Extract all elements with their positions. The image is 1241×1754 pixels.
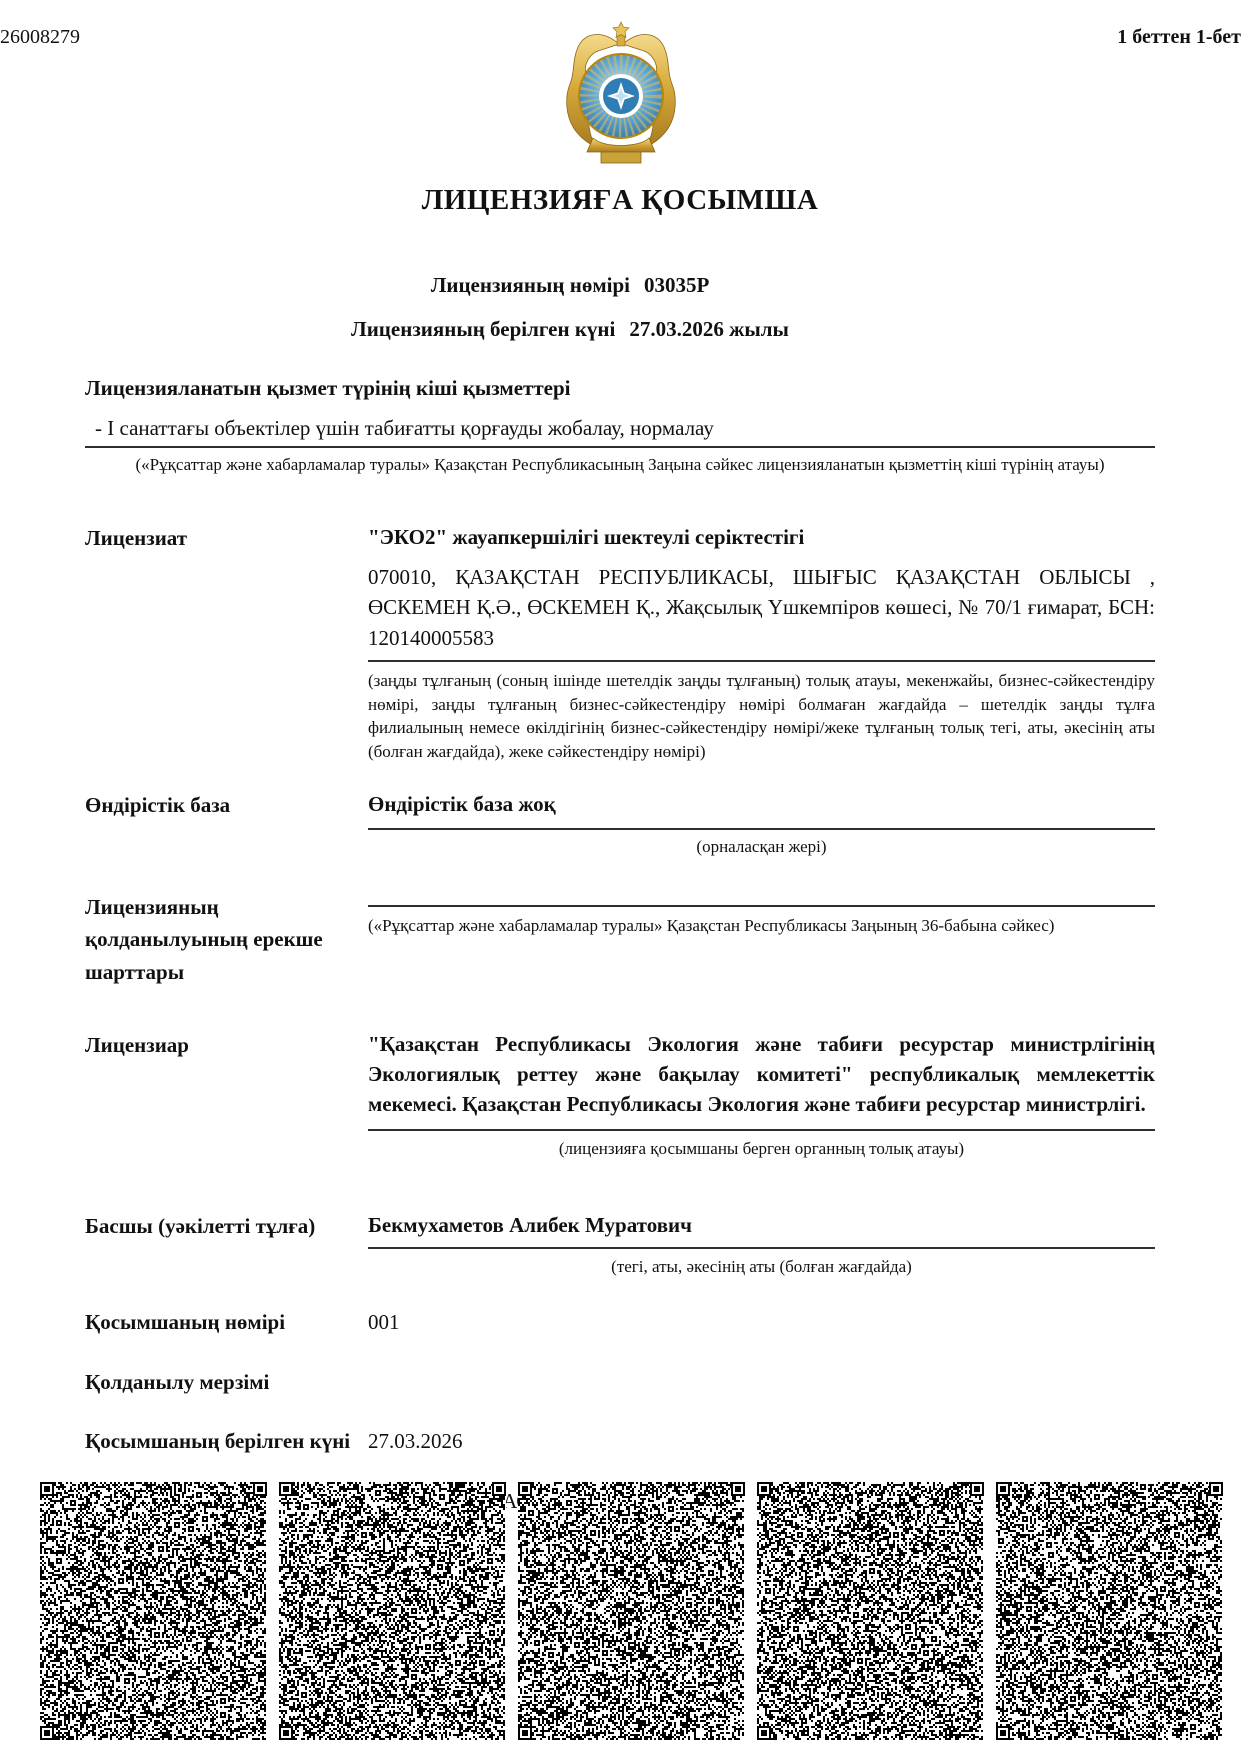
head-person-label: Басшы (уәкілетті тұлға) (85, 1210, 368, 1243)
annex-validity-row: Қолданылу мерзімі (85, 1366, 1155, 1399)
license-number-value: 03035P (644, 273, 709, 297)
special-conditions-caption: («Рұқсаттар және хабарламалар туралы» Қа… (368, 914, 1155, 937)
production-base-row: Өндірістік база Өндірістік база жоқ (орн… (85, 789, 1155, 859)
annex-number-row: Қосымшаның нөмірі 001 (85, 1306, 1155, 1339)
licensee-caption: (заңды тұлғаның (соның ішінде шетелдік з… (368, 669, 1155, 763)
annex-validity-value (368, 1366, 1155, 1367)
licensor-row: Лицензиар "Қазақстан Республикасы Эколог… (85, 1029, 1155, 1161)
production-base-label: Өндірістік база (85, 789, 368, 822)
subactivity-item: - І санаттағы объектілер үшін табиғатты … (85, 416, 1155, 441)
special-conditions-label: Лицензияның қолданылуының ерекше шарттар… (85, 891, 368, 989)
licensee-label: Лицензиат (85, 522, 368, 555)
kazakhstan-emblem-icon (559, 20, 683, 168)
document-title: ЛИЦЕНЗИЯҒА ҚОСЫМША (85, 184, 1155, 217)
page-indicator: 1 беттен 1-бет (1117, 26, 1241, 49)
document-body: ЛИЦЕНЗИЯҒА ҚОСЫМША Лицензияның нөмірі030… (85, 184, 1155, 1517)
license-issue-date-value: 27.03.2026 жылы (629, 317, 789, 341)
production-base-value: Өндірістік база жоқ (368, 789, 1155, 819)
licensor-label: Лицензиар (85, 1029, 368, 1062)
licensee-address: 070010, ҚАЗАҚСТАН РЕСПУБЛИКАСЫ, ШЫҒЫС ҚА… (368, 562, 1155, 653)
annex-issue-date-label: Қосымшаның берілген күні (85, 1425, 368, 1458)
annex-validity-label: Қолданылу мерзімі (85, 1366, 368, 1399)
annex-issue-date-row: Қосымшаның берілген күні 27.03.2026 (85, 1425, 1155, 1458)
separator-line (368, 828, 1155, 830)
license-issue-date-label: Лицензияның берілген күні (351, 317, 615, 341)
document-number: 26008279 (0, 26, 80, 49)
head-person-row: Басшы (уәкілетті тұлға) Бекмухаметов Али… (85, 1210, 1155, 1278)
production-base-caption: (орналасқан жері) (368, 835, 1155, 858)
subactivity-heading: Лицензияланатын қызмет түрінің кіші қызм… (85, 376, 1155, 401)
licensee-name: "ЭКО2" жауапкершілігі шектеулі серіктест… (368, 522, 1155, 552)
special-conditions-row: Лицензияның қолданылуының ерекше шарттар… (85, 891, 1155, 989)
subactivity-caption: («Рұқсаттар және хабарламалар туралы» Қа… (85, 453, 1155, 476)
separator-line (368, 660, 1155, 662)
licensor-caption: (лицензияға қосымшаны берген органның то… (368, 1137, 1155, 1160)
head-person-name: Бекмухаметов Алибек Муратович (368, 1210, 1155, 1240)
license-number-line: Лицензияның нөмірі03035P (85, 273, 1155, 298)
barcode-5 (996, 1482, 1223, 1740)
annex-number-value: 001 (368, 1306, 1155, 1337)
document-header: 26008279 1 беттен 1-бет (0, 0, 1241, 172)
annex-number-label: Қосымшаның нөмірі (85, 1306, 368, 1339)
separator-line (368, 905, 1155, 907)
barcode-2 (279, 1482, 506, 1740)
barcode-1 (40, 1482, 267, 1740)
barcode-3 (518, 1482, 745, 1740)
licensor-value: "Қазақстан Республикасы Экология және та… (368, 1029, 1155, 1120)
barcode-strip (40, 1482, 1223, 1740)
license-number-label: Лицензияның нөмірі (431, 273, 630, 297)
separator-line (368, 1129, 1155, 1131)
barcode-4 (757, 1482, 984, 1740)
licensee-row: Лицензиат "ЭКО2" жауапкершілігі шектеулі… (85, 522, 1155, 763)
license-issue-date-line: Лицензияның берілген күні27.03.2026 жылы (85, 317, 1155, 342)
separator-line (368, 1247, 1155, 1249)
license-annex-document: 26008279 1 беттен 1-бет (0, 0, 1241, 1754)
annex-issue-date-value: 27.03.2026 (368, 1425, 1155, 1456)
separator-line (85, 446, 1155, 448)
head-person-caption: (тегі, аты, әкесінің аты (болған жағдайд… (368, 1255, 1155, 1278)
